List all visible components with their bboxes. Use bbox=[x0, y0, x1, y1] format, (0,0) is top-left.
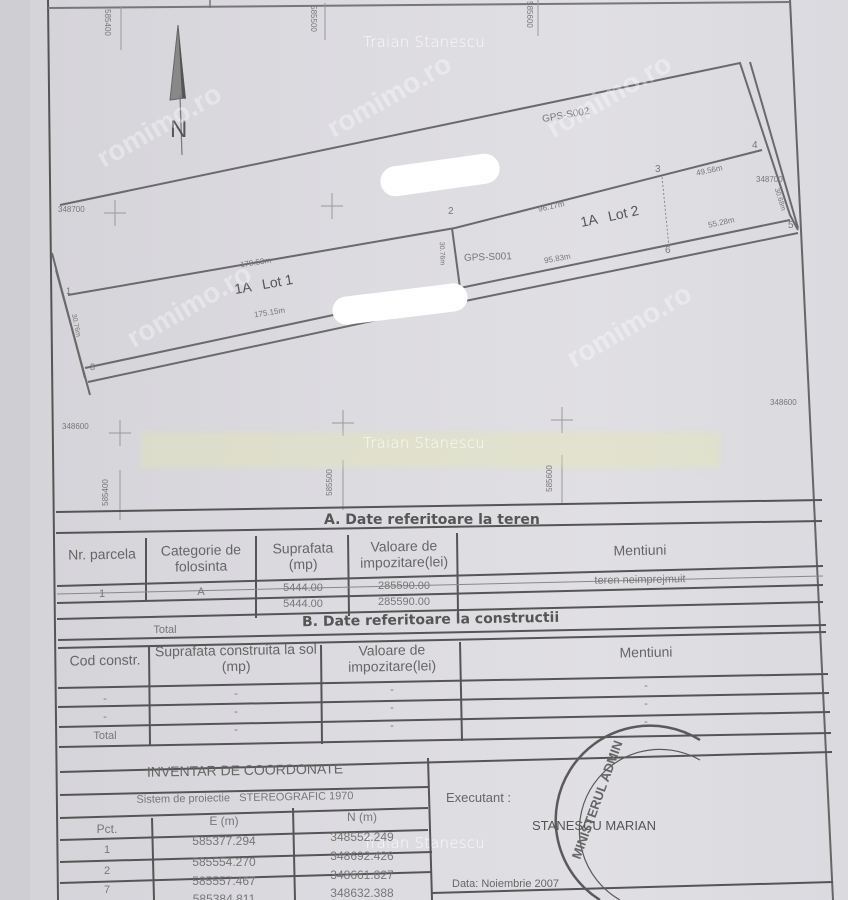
total-label: Total bbox=[130, 624, 200, 636]
executant-name: STANESCU MARIAN bbox=[532, 818, 656, 833]
grid-label-bottom: 585500 bbox=[325, 469, 334, 496]
col-header-nr-parcela: Nr. parcela bbox=[60, 545, 144, 562]
header-text: Suprafata (mp) bbox=[272, 539, 333, 572]
row-1-nr: 1 bbox=[60, 588, 144, 600]
b-total-valoare: - bbox=[324, 720, 460, 732]
point-8: 8 bbox=[90, 362, 95, 372]
total-suprafata: 5444.00 bbox=[258, 598, 348, 610]
point-2: 2 bbox=[448, 206, 454, 217]
executant-date: Data: Noiembrie 2007 bbox=[452, 878, 559, 890]
official-stamp bbox=[556, 726, 700, 900]
b-row-1-cod: - bbox=[62, 693, 148, 705]
col-header-cod-constr: Cod constr. bbox=[62, 651, 148, 668]
b-total-mentiuni: - bbox=[464, 716, 828, 728]
b-total-label: Total bbox=[62, 730, 148, 742]
grid-label-right: 348600 bbox=[770, 398, 797, 407]
inv-row-1-n: 348552.249 bbox=[296, 830, 428, 844]
inv-row-3-pct: 7 bbox=[62, 884, 152, 896]
inv-row-1-e: 585377.294 bbox=[154, 834, 294, 848]
point-3: 3 bbox=[655, 164, 661, 175]
b-row-1-valoare: - bbox=[324, 684, 460, 696]
b-total-suprafata: - bbox=[152, 724, 320, 736]
grid-label-left: 348600 bbox=[62, 422, 89, 431]
inv-row-2-e: 585554.270 bbox=[154, 855, 294, 869]
executant-label: Executant : bbox=[446, 790, 511, 805]
row-1-valoare: 285590.00 bbox=[350, 580, 458, 592]
inv-row-4-e: 585384.811 bbox=[154, 892, 294, 900]
b-row-2-suprafata: - bbox=[152, 706, 320, 718]
header-text: Cod constr. bbox=[69, 651, 140, 668]
grid-label-top: 585400 bbox=[103, 9, 112, 36]
grid-label-top: 585500 bbox=[309, 5, 318, 32]
grid-label-bottom: 585400 bbox=[101, 479, 110, 506]
col-header-suprafata: Suprafata (mp) bbox=[258, 539, 349, 573]
watermark-text: Traian Stanescu bbox=[363, 33, 485, 51]
cadastral-plan-document: MINISTERUL ADMIN 585400 585500 585600 34… bbox=[0, 0, 848, 900]
b-row-2-cod: - bbox=[62, 711, 148, 723]
inv-row-2-pct: 2 bbox=[62, 865, 152, 877]
inv-row-3-n: 348661.827 bbox=[296, 868, 428, 882]
grid-label-top: 585600 bbox=[525, 1, 534, 28]
inv-row-2-n: 348692.426 bbox=[296, 849, 428, 863]
inv-header-e: E (m) bbox=[154, 814, 294, 828]
b-row-2-valoare: - bbox=[324, 702, 460, 714]
grid-label-right: 348700 bbox=[756, 175, 783, 184]
header-text: Categorie de folosinta bbox=[161, 541, 241, 574]
point-6: 6 bbox=[665, 245, 671, 256]
b-row-1-suprafata: - bbox=[152, 688, 320, 700]
header-text: Suprafata construita la sol (mp) bbox=[155, 641, 317, 675]
header-text: Valoare de impozitare(lei) bbox=[348, 641, 436, 674]
header-text: Valoare de impozitare(lei) bbox=[360, 537, 448, 570]
section-a-title: A. Date referitoare la teren bbox=[324, 512, 540, 528]
col-header-suprafata-construita: Suprafata construita la sol (mp) bbox=[152, 641, 321, 676]
inv-row-4-n: 348632.388 bbox=[296, 886, 428, 900]
header-text: Mentiuni bbox=[619, 644, 672, 661]
inv-header-n: N (m) bbox=[296, 810, 428, 824]
header-text: Mentiuni bbox=[613, 542, 666, 559]
header-text: Nr. parcela bbox=[68, 545, 136, 562]
col-header-categorie: Categorie de folosinta bbox=[148, 541, 255, 575]
inv-row-3-e: 585557.467 bbox=[154, 874, 294, 888]
col-header-valoare: Valoare de impozitare(lei) bbox=[350, 537, 459, 571]
road-label-middle: GPS-S001 bbox=[464, 251, 512, 264]
point-5: 5 bbox=[788, 220, 794, 231]
col-header-valoare-b: Valoare de impozitare(lei) bbox=[324, 641, 461, 675]
b-row-2-mentiuni: - bbox=[464, 698, 828, 710]
grid-label-bottom: 585600 bbox=[545, 465, 554, 492]
watermark-text: Traian Stanescu bbox=[363, 434, 485, 452]
grid-label-left: 348700 bbox=[58, 205, 85, 214]
row-1-suprafata: 5444.00 bbox=[258, 582, 348, 594]
inv-header-pct: Pct. bbox=[62, 822, 152, 836]
row-1-categorie: A bbox=[148, 586, 254, 598]
distance-label: 30.76m bbox=[438, 242, 446, 266]
point-1: 1 bbox=[66, 286, 71, 296]
point-4: 4 bbox=[752, 140, 758, 151]
total-valoare: 285590.00 bbox=[350, 596, 458, 608]
b-row-1-mentiuni: - bbox=[464, 680, 828, 692]
inv-row-1-pct: 1 bbox=[62, 844, 152, 856]
stamp-text: MINISTERUL ADMIN bbox=[569, 738, 626, 861]
